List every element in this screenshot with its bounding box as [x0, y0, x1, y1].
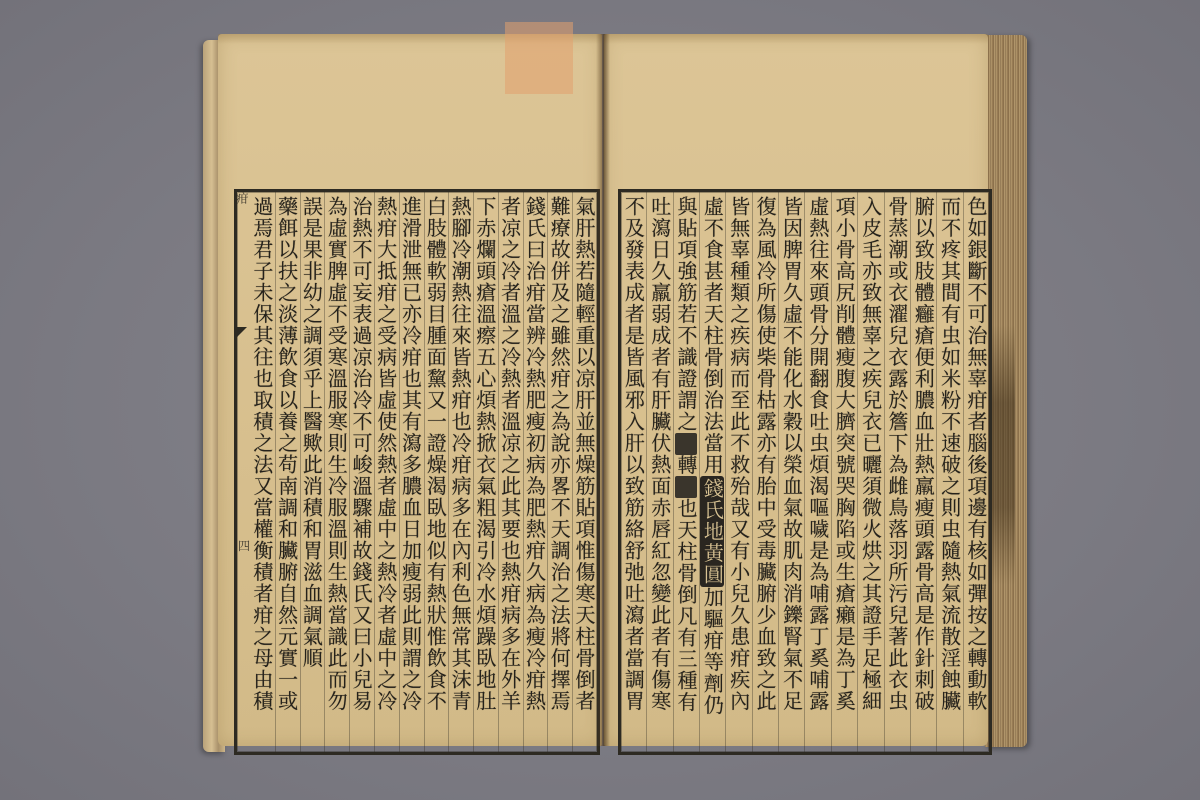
- text-column: 誤是果非幼之調須乎上醫歟此消積和胃滋血調氣順: [300, 192, 325, 752]
- text-segment: 與貼項強筋若不識證謂之: [674, 196, 698, 433]
- text-column: 熱腳冷潮熱往來皆熱疳也冷疳病多在內利色無常其沫青: [448, 192, 473, 752]
- text-column: 氣肝熱若隨輕重以凉肝並無燥筋貼項惟傷寒天柱骨倒者: [572, 192, 597, 752]
- right-page: 色如銀斷不可治無辜疳者腦後項邊有核如彈按之轉動軟 而不疼其間有虫如米粉不速破之則…: [604, 34, 988, 746]
- book-gutter: [596, 34, 610, 746]
- left-margin-heading: 疳: [235, 192, 251, 752]
- text-column-with-ink-blocks: 與貼項強筋若不識證謂之轉也天柱骨倒凡有三種有: [673, 192, 699, 752]
- text-column: 為虛實脾虛不受寒溫服寒則生冷服溫則生熱當識此而勿: [324, 192, 349, 752]
- ink-block-icon: [675, 476, 697, 498]
- text-segment: 也天柱骨倒凡有三種有: [674, 498, 698, 713]
- fish-tail-mark-icon: [237, 327, 247, 337]
- text-column: 色如銀斷不可治無辜疳者腦後項邊有核如彈按之轉動軟: [963, 192, 989, 752]
- left-text-columns: 氣肝熱若隨輕重以凉肝並無燥筋貼項惟傷寒天柱骨倒者 難療故併及之雖然疳之為說亦畧不…: [251, 192, 597, 752]
- text-column-with-inverse-term: 虛不食甚者天柱骨倒治法當用錢氏地黃圓加驅疳等劑仍: [699, 192, 725, 752]
- text-column: 白肢體軟弱目腫面黧又一證燥渴臥地似有熱狀惟飲食不: [424, 192, 449, 752]
- text-column: 吐瀉日久羸弱成者有肝臟伏熱面赤唇紅忽變此者有傷寒: [646, 192, 672, 752]
- orange-label-slip: [505, 22, 573, 94]
- text-column: 過焉君子未保其往也取積之法又當權衡積者疳之母由積: [251, 192, 275, 752]
- text-column: 皆無辜種類之疾病而至此不救殆哉又有小兒久患疳疾內: [725, 192, 751, 752]
- text-segment: 加驅疳等劑仍: [700, 587, 724, 716]
- open-book: 疳 四 氣肝熱若隨輕重以凉肝並無燥筋貼項惟傷寒天柱骨倒者 難療故併及之雖然疳之為…: [0, 0, 1200, 800]
- page-number: 四: [238, 537, 250, 554]
- text-column: 下赤爛頭瘡溫瘵五心煩熱掀衣氣粗渴引冷水煩躁臥地肚: [473, 192, 498, 752]
- text-column: 錢氏曰治疳當辨冷熱肥瘦初病為肥熱疳久病為瘦冷疳熱: [523, 192, 548, 752]
- text-column: 腑以致肢體癰瘡便利膿血壯熱羸瘦頭露骨高是作針刺破: [910, 192, 936, 752]
- text-column: 熱疳大抵疳之受病皆虛使然熱者虛中之熱冷者虛中之冷: [374, 192, 399, 752]
- text-column: 項小骨高尻削體瘦腹大臍突號哭胸陷或生瘡癩是為丁奚: [831, 192, 857, 752]
- left-page: 疳 四 氣肝熱若隨輕重以凉肝並無燥筋貼項惟傷寒天柱骨倒者 難療故併及之雖然疳之為…: [218, 34, 602, 746]
- text-column: 治熱不可妄表過凉治冷不可峻溫驟補故錢氏又曰小兒易: [349, 192, 374, 752]
- text-column: 進滑泄無已亦冷疳也其有瀉多膿血日加瘦弱此則謂之冷: [399, 192, 424, 752]
- inverse-printed-term: 錢氏地黃圓: [700, 476, 724, 588]
- text-column: 骨蒸潮或衣濯兒衣露於簷下為雌鳥落羽所污兒著此衣虫: [884, 192, 910, 752]
- left-text-frame: 疳 四 氣肝熱若隨輕重以凉肝並無燥筋貼項惟傷寒天柱骨倒者 難療故併及之雖然疳之為…: [234, 189, 600, 755]
- text-column: 難療故併及之雖然疳之為說亦畧不天調治之法將何擇焉: [547, 192, 572, 752]
- right-text-frame: 色如銀斷不可治無辜疳者腦後項邊有核如彈按之轉動軟 而不疼其間有虫如米粉不速破之則…: [618, 189, 992, 755]
- text-column: 皆因脾胃久虛不能化水穀以榮血氣故肌肉消鑠腎氣不足: [778, 192, 804, 752]
- text-column: 藥餌以扶之淡薄飲食以養之苟南調和臟腑自然元實一或: [275, 192, 300, 752]
- text-column: 不及發表成者是皆風邪入肝以致筋絡舒弛吐瀉者當調胃: [621, 192, 646, 752]
- text-column: 而不疼其間有虫如米粉不速破之則虫隨熱氣流散淫蝕臟: [936, 192, 962, 752]
- text-column: 者凉之冷者溫之冷熱者溫凉之此其要也熱疳病多在外羊: [498, 192, 523, 752]
- page-top-shading: [604, 34, 988, 44]
- text-column: 入皮毛亦致無辜之疾兒衣已曬須微火烘之其證手足極細: [857, 192, 883, 752]
- text-segment: 轉: [674, 455, 698, 477]
- ink-block-icon: [675, 433, 697, 455]
- text-column: 虛熱往來頭骨分開翻食吐虫煩渴嘔噦是為哺露丁奚哺露: [804, 192, 830, 752]
- text-segment: 虛不食甚者天柱骨倒治法當用: [700, 196, 724, 476]
- right-text-columns: 色如銀斷不可治無辜疳者腦後項邊有核如彈按之轉動軟 而不疼其間有虫如米粉不速破之則…: [621, 192, 989, 752]
- text-column: 復為風冷所傷使柴骨枯露亦有胎中受毒臟腑少血致之此: [752, 192, 778, 752]
